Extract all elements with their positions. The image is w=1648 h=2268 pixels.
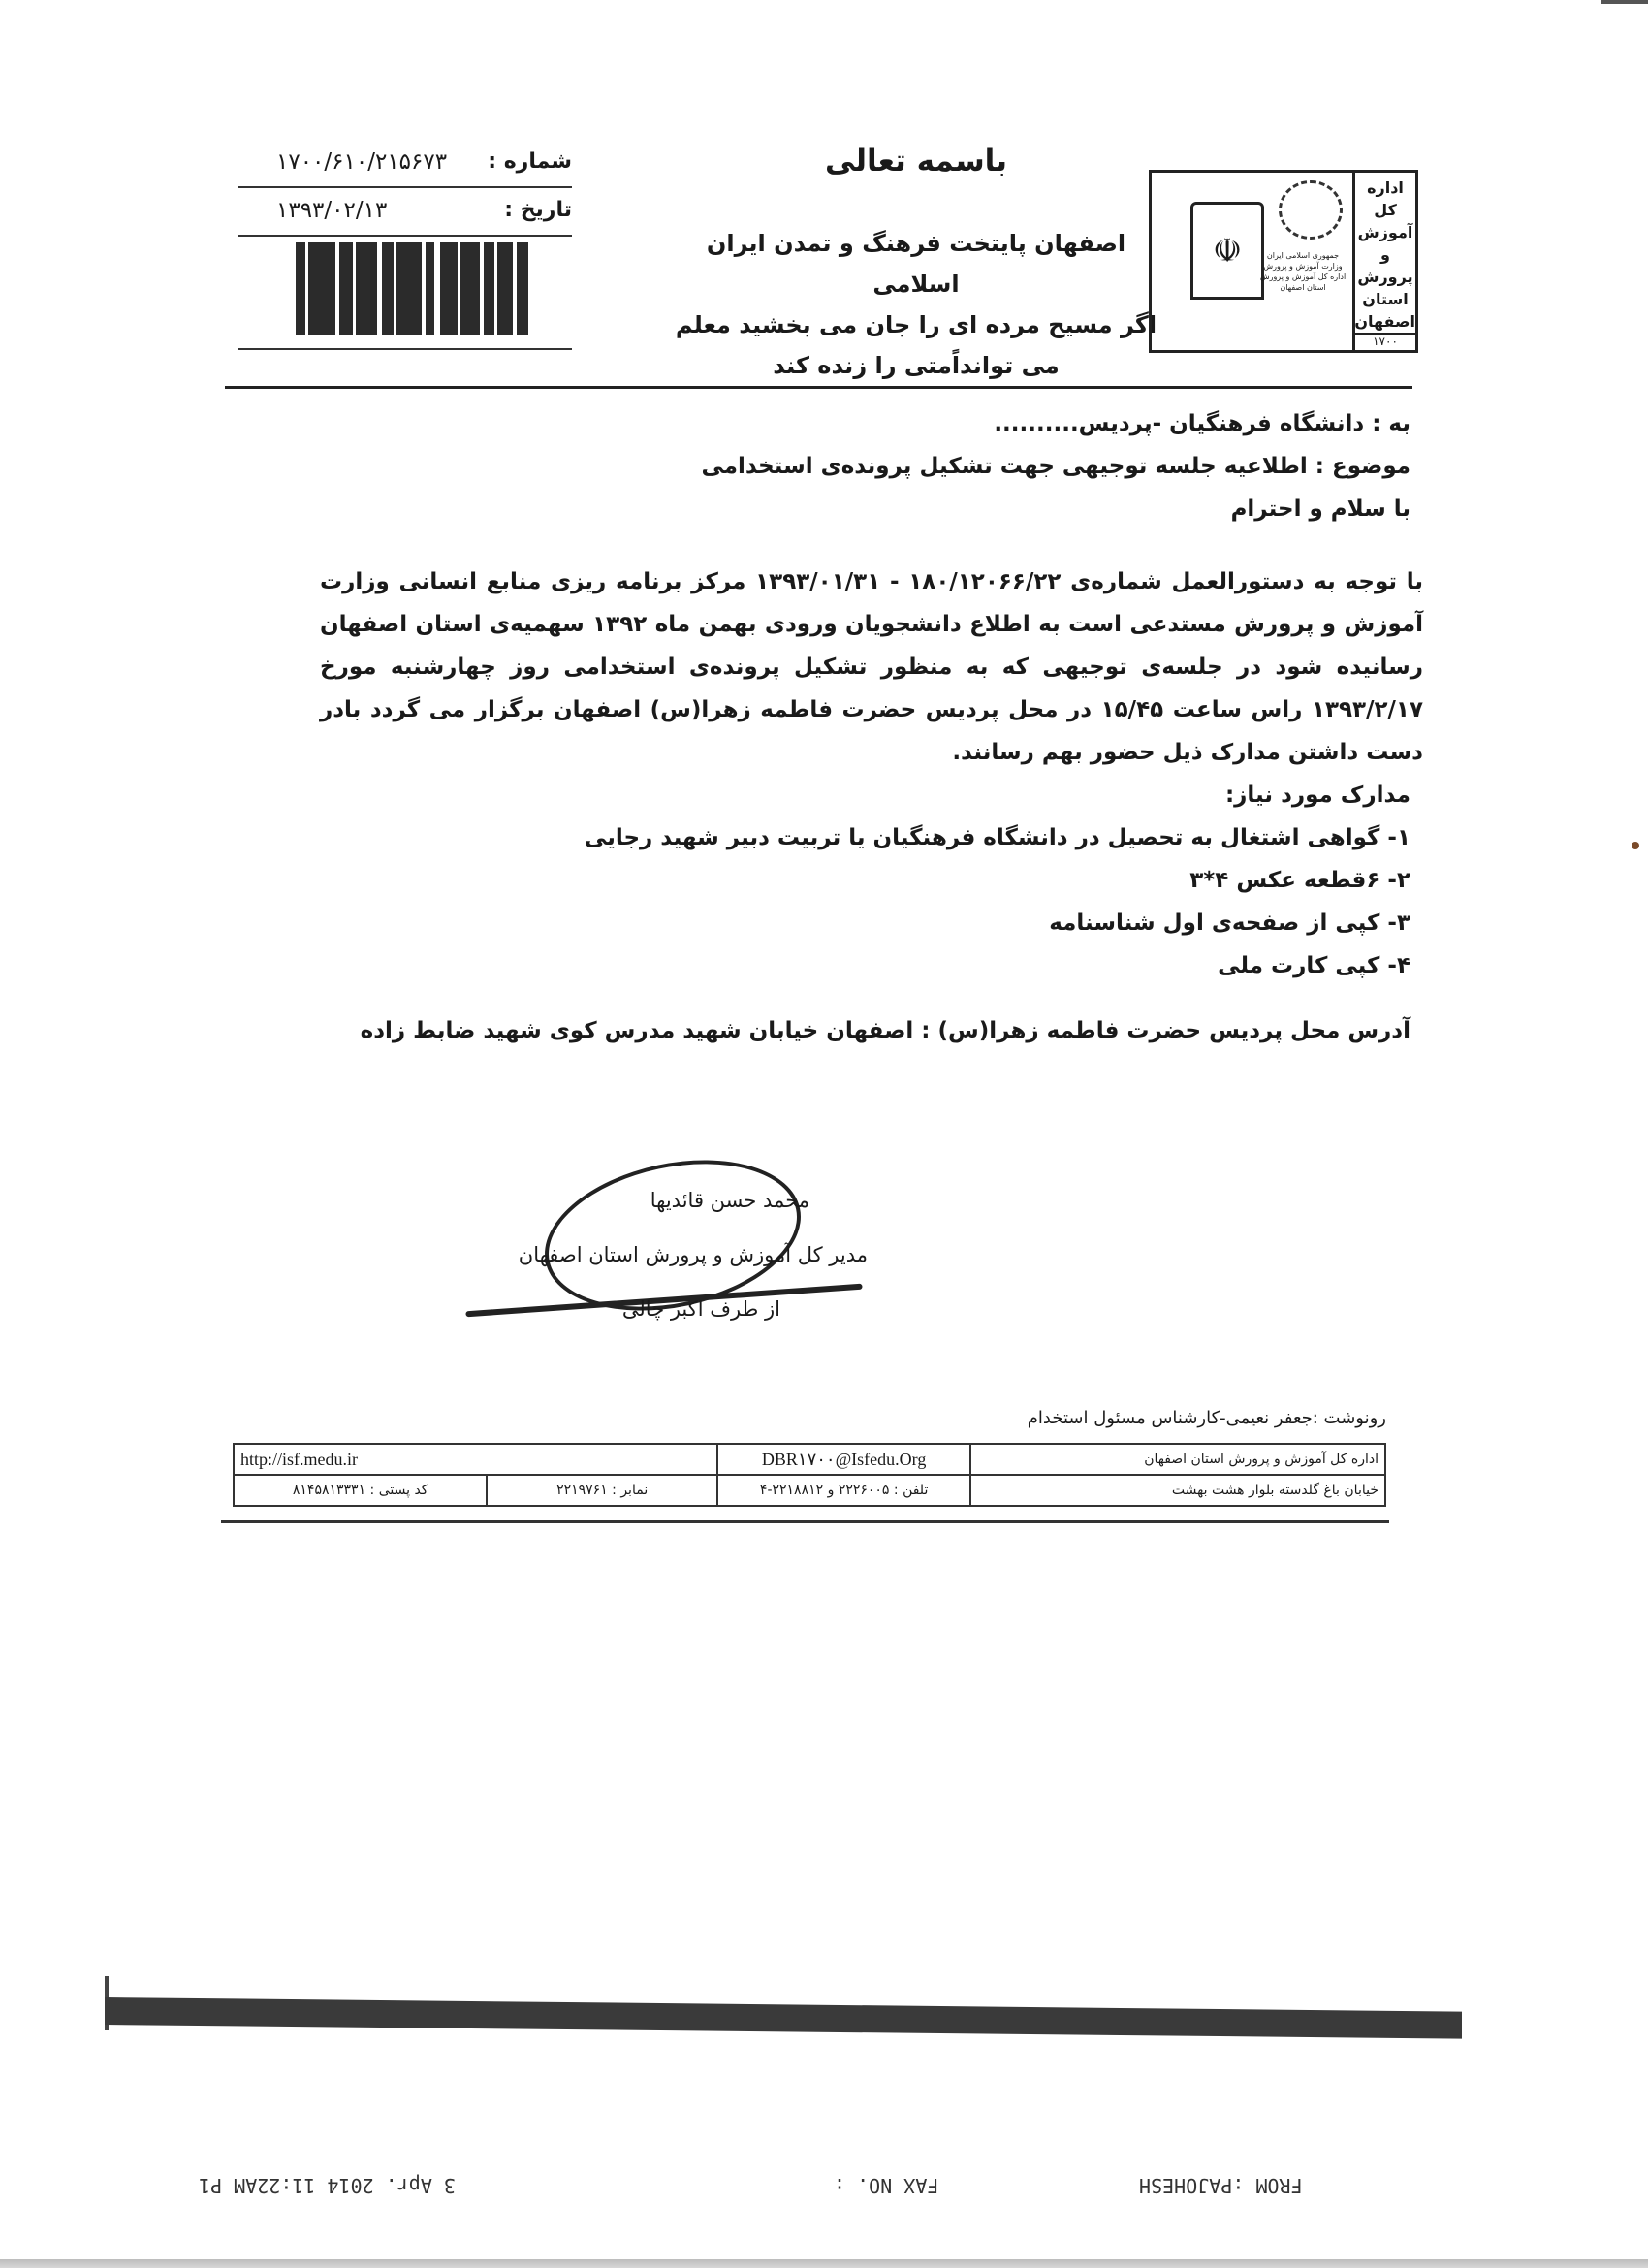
contact-footer: http://isf.medu.ir DBR۱۷۰۰@Isfedu.Org اد…	[233, 1443, 1386, 1507]
logo-caption: جمهوری اسلامی ایران وزارت آموزش و پرورش …	[1259, 250, 1347, 293]
signer-on-behalf: از طرف اکبر چالی	[441, 1282, 868, 1336]
required-documents: مدارک مورد نیاز: ۱- گواهی اشتغال به تحصی…	[585, 774, 1410, 987]
number-row: شماره : ۱۷۰۰/۶۱۰/۲۱۵۶۷۳	[238, 144, 572, 188]
footer-row: http://isf.medu.ir DBR۱۷۰۰@Isfedu.Org اد…	[234, 1444, 1385, 1475]
scan-artifact-bar	[105, 1997, 1462, 2039]
postal-code: کد پستی : ۸۱۴۵۸۱۳۳۳۱	[234, 1475, 487, 1506]
logo-caption-line: وزارت آموزش و پرورش	[1259, 261, 1347, 272]
slogan-line-4: می توانداًمتی را زنده کند	[659, 345, 1173, 386]
logo-word: اداره	[1355, 176, 1415, 199]
logo-word: اصفهان	[1355, 310, 1415, 333]
fax-number-header: FAX NO. :	[834, 2174, 938, 2197]
flower-emblem-icon	[1279, 180, 1343, 240]
footer-row: کد پستی : ۸۱۴۵۸۱۳۳۳۱ نمابر : ۲۲۱۹۷۶۱ تلف…	[234, 1475, 1385, 1506]
scan-edge	[1601, 0, 1648, 4]
divider	[238, 348, 572, 350]
carbon-copy: رونوشت :جعفر نعیمی-کارشناس مسئول استخدام	[1028, 1408, 1386, 1428]
slogan-line-1: اصفهان پایتخت فرهنگ و تمدن ایران	[659, 223, 1173, 264]
header-divider	[225, 386, 1412, 389]
document-item: ۲- ۶قطعه عکس ۴*۳	[585, 859, 1410, 902]
logo-caption-line: جمهوری اسلامی ایران	[1259, 250, 1347, 261]
date-row: تاریخ : ۱۳۹۳/۰۲/۱۳	[238, 192, 572, 237]
documents-title: مدارک مورد نیاز:	[585, 774, 1410, 816]
org-name: اداره کل آموزش و پرورش استان اصفهان	[970, 1444, 1385, 1475]
logo-word: کل	[1355, 199, 1415, 221]
footer-divider	[221, 1520, 1389, 1523]
iran-emblem-icon: ☫	[1190, 202, 1264, 300]
fax-from: FROM :PAJOHESH	[1139, 2174, 1303, 2197]
document-item: ۳- کپی از صفحه‌ی اول شناسنامه	[585, 902, 1410, 944]
organization-logo: ☫ جمهوری اسلامی ایران وزارت آموزش و پرور…	[1149, 170, 1418, 353]
bismillah-title: باسمه تعالی	[659, 144, 1173, 178]
slogan-line-2: اسلامی	[659, 264, 1173, 304]
scan-edge-bottom	[0, 2259, 1648, 2268]
barcode-icon	[296, 242, 538, 335]
reference-block: شماره : ۱۷۰۰/۶۱۰/۲۱۵۶۷۳ تاریخ : ۱۳۹۳/۰۲/…	[238, 144, 572, 350]
logo-number: ۱۷۰۰	[1355, 333, 1415, 350]
letter-body: با توجه به دستورالعمل شماره‌ی ۱۸۰/۱۲۰۶۶/…	[320, 560, 1423, 774]
greeting: با سلام و احترام	[701, 488, 1410, 530]
date-label: تاریخ :	[504, 198, 572, 222]
signer-role: مدیر کل آموزش و پرورش استان اصفهان	[441, 1228, 868, 1282]
street-address: خیابان باغ گلدسته بلوار هشت بهشت	[970, 1475, 1385, 1506]
logo-word: آموزش و	[1355, 221, 1415, 266]
logo-wordmark: اداره کل آموزش و پرورش استان اصفهان ۱۷۰۰	[1352, 173, 1415, 350]
number-label: شماره :	[488, 149, 572, 174]
subject: موضوع : اطلاعیه جلسه توجیهی جهت تشکیل پر…	[701, 445, 1410, 488]
recipient: به : دانشگاه فرهنگیان -پردیس..........	[701, 402, 1410, 445]
logo-words: اداره کل آموزش و پرورش استان اصفهان	[1355, 173, 1415, 333]
fax-datetime: 3 Apr. 2014 11:22AM P1	[199, 2174, 456, 2197]
logo-word: پرورش	[1355, 266, 1415, 288]
campus-address: آدرس محل پردیس حضرت فاطمه زهرا(س) : اصفه…	[361, 1018, 1410, 1043]
scan-speck	[1632, 842, 1639, 849]
logo-caption-line: اداره کل آموزش و پرورش	[1259, 272, 1347, 282]
signature-block: محمد حسن قائدیها مدیر کل آموزش و پرورش ا…	[441, 1173, 868, 1336]
letter-address-block: به : دانشگاه فرهنگیان -پردیس.......... م…	[701, 402, 1410, 530]
slogan-line-3: اگر مسیح مرده ای را جان می بخشید معلم	[659, 304, 1173, 345]
website-link[interactable]: http://isf.medu.ir	[234, 1444, 717, 1475]
logo-graphic: ☫ جمهوری اسلامی ایران وزارت آموزش و پرور…	[1152, 173, 1352, 350]
logo-word: استان	[1355, 288, 1415, 310]
phone-number: تلفن : ۲۲۲۶۰۰۵ و ۲۲۱۸۸۱۲-۴	[717, 1475, 970, 1506]
document-item: ۱- گواهی اشتغال به تحصیل در دانشگاه فرهن…	[585, 816, 1410, 859]
date-value: ۱۳۹۳/۰۲/۱۳	[276, 198, 387, 223]
document-item: ۴- کپی کارت ملی	[585, 944, 1410, 987]
number-value: ۱۷۰۰/۶۱۰/۲۱۵۶۷۳	[276, 149, 447, 175]
letter-heading: باسمه تعالی اصفهان پایتخت فرهنگ و تمدن ا…	[659, 144, 1173, 386]
fax-number: نمابر : ۲۲۱۹۷۶۱	[487, 1475, 717, 1506]
email-link[interactable]: DBR۱۷۰۰@Isfedu.Org	[717, 1444, 970, 1475]
signer-name: محمد حسن قائدیها	[441, 1173, 868, 1228]
logo-caption-line: استان اصفهان	[1259, 282, 1347, 293]
